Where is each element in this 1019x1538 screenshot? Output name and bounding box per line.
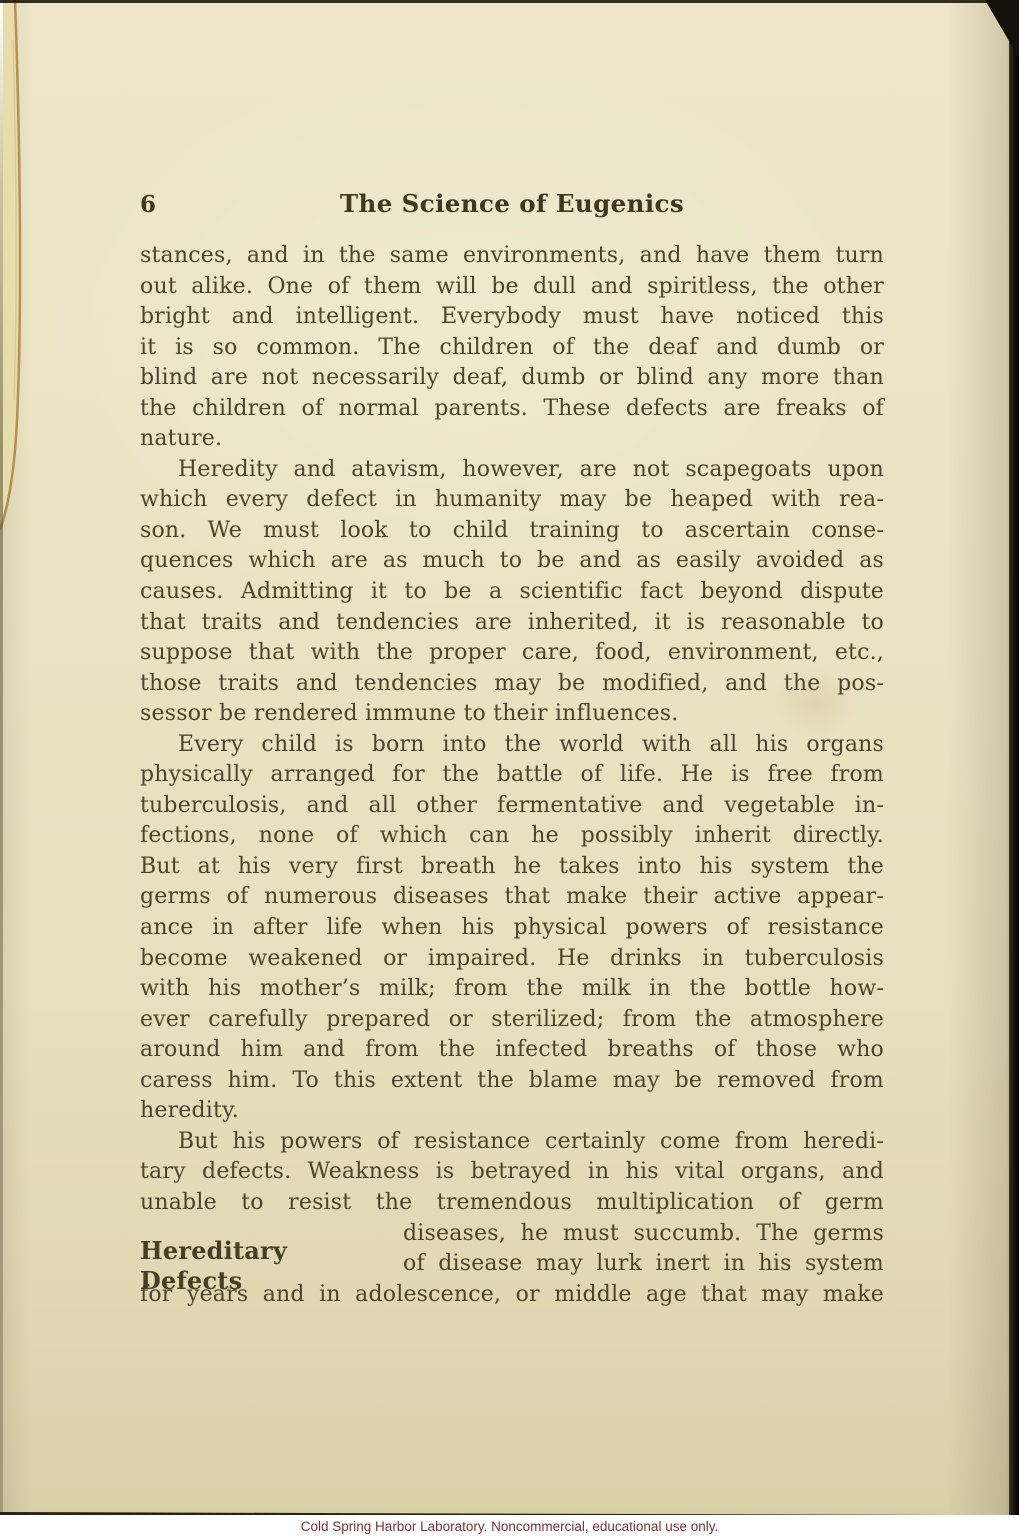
text-line: physically arranged for the battle of li… [140, 760, 884, 791]
text-line: heredity. [140, 1096, 884, 1127]
text-line: the children of normal parents. These de… [140, 394, 884, 425]
sidehead-heredity-defects: Hereditary Defects [140, 1236, 390, 1297]
text-line: bright and intelligent. Everybody must h… [140, 302, 884, 333]
text-line: Every child is born into the world with … [140, 730, 884, 761]
text-line: caress him. To this extent the blame may… [140, 1066, 884, 1097]
text-line: son. We must look to child training to a… [140, 516, 884, 547]
text-line: fections, none of which can he possibly … [140, 821, 884, 852]
text-line: around him and from the infected breaths… [140, 1035, 884, 1066]
text-line: out alike. One of them will be dull and … [140, 272, 884, 303]
torn-edge-flap [0, 0, 32, 545]
text-line: which every defect in humanity may be he… [140, 485, 884, 516]
text-line: Heredity and atavism, however, are not s… [140, 455, 884, 486]
text-line: unable to resist the tremendous multipli… [140, 1188, 884, 1219]
text-line: nature. [140, 424, 884, 455]
footer-credit: Cold Spring Harbor Laboratory. Noncommer… [301, 1519, 718, 1534]
page-title: The Science of Eugenics [140, 189, 884, 218]
text-line: those traits and tendencies may be modif… [140, 669, 884, 700]
text-line: it is so common. The children of the dea… [140, 333, 884, 364]
text-line: ance in after life when his physical pow… [140, 913, 884, 944]
footer-bar: Cold Spring Harbor Laboratory. Noncommer… [0, 1515, 1019, 1538]
text-line: ever carefully prepared or sterilized; f… [140, 1005, 884, 1036]
text-line: causes. Admitting it to be a scientific … [140, 577, 884, 608]
paragraph-4: But his powers of resistance certainly c… [140, 1127, 884, 1219]
page-right-edge [1009, 0, 1019, 1515]
text-line: suppose that with the proper care, food,… [140, 638, 884, 669]
text-line: But his powers of resistance certainly c… [140, 1127, 884, 1158]
text-line: quences which are as much to be and as e… [140, 546, 884, 577]
text-line: that traits and tendencies are inherited… [140, 608, 884, 639]
text-line: with his mother’s milk; from the milk in… [140, 974, 884, 1005]
text-line: blind are not necessarily deaf, dumb or … [140, 363, 884, 394]
paragraph-3: Every child is born into the world with … [140, 730, 884, 1127]
corner-cut [985, 0, 1019, 58]
paragraph-1: stances, and in the same environments, a… [140, 241, 884, 455]
text-line: stances, and in the same environments, a… [140, 241, 884, 272]
text-line: become weakened or impaired. He drinks i… [140, 944, 884, 975]
text-line: of disease may lurk inert in his system [403, 1249, 884, 1280]
text-line: germs of numerous diseases that make the… [140, 882, 884, 913]
paragraph-2: Heredity and atavism, however, are not s… [140, 455, 884, 730]
scanned-page-root: 6 The Science of Eugenics stances, and i… [0, 0, 1019, 1538]
body-text: stances, and in the same environments, a… [140, 241, 884, 1310]
text-line: diseases, he must succumb. The germs [403, 1219, 884, 1250]
sidehead-block: Hereditary Defects diseases, he must suc… [140, 1219, 884, 1280]
page-top-edge [0, 0, 1019, 3]
text-line: tary defects. Weakness is betrayed in hi… [140, 1157, 884, 1188]
page-left-edge [0, 0, 3, 1515]
text-line: tuberculosis, and all other fermentative… [140, 791, 884, 822]
book-page: 6 The Science of Eugenics stances, and i… [0, 0, 1019, 1515]
text-line: sessor be rendered immune to their influ… [140, 699, 884, 730]
text-line: But at his very first breath he takes in… [140, 852, 884, 883]
